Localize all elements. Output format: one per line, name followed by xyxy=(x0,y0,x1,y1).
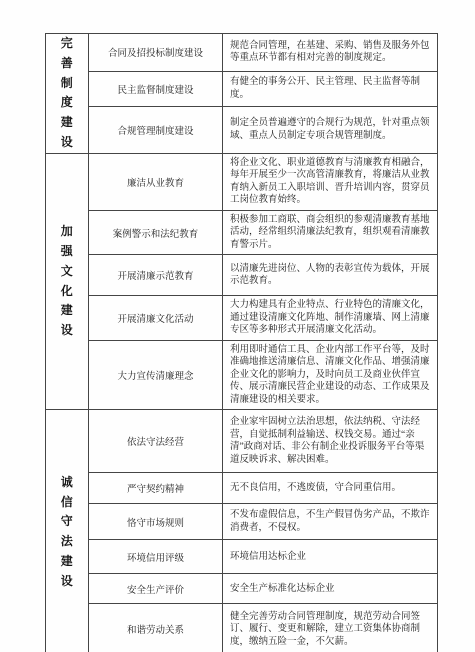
table-row: 完善制度建设 合同及招投标制度建设 规范合同管理，在基建、采购、销售及服务外包等… xyxy=(46,34,438,72)
table-row: 安全生产评价 安全生产标准化达标企业 xyxy=(46,574,438,604)
table-row: 环境信用评级 环境信用达标企业 xyxy=(46,540,438,574)
table-row: 案例警示和法纪教育 积极参加工商联、商会组织的参观清廉教育基地活动，经常组织清廉… xyxy=(46,210,438,255)
table-row: 和谐劳动关系 健全完善劳动合同管理制度，规范劳动合同签订、履行、变更和解除，建立… xyxy=(46,604,438,652)
category-cell-institution: 完善制度建设 xyxy=(46,34,89,154)
category-label: 加强文化建设 xyxy=(55,222,79,341)
item-cell: 合同及招投标制度建设 xyxy=(89,34,223,72)
item-cell: 案例警示和法纪教育 xyxy=(89,210,223,255)
item-cell: 环境信用评级 xyxy=(89,540,223,574)
description-cell: 规范合同管理，在基建、采购、销售及服务外包等重点环节都有相对完善的制度规定。 xyxy=(223,34,438,72)
item-cell: 恪守市场规则 xyxy=(89,504,223,540)
item-cell: 民主监督制度建设 xyxy=(89,71,223,106)
description-cell: 将企业文化、职业道德教育与清廉教育相融合，每年开展至少一次高管清廉教育，将廉洁从… xyxy=(223,153,438,210)
table-row: 开展清廉文化活动 大力构建具有企业特点、行业特色的清廉文化，通过建设清廉文化阵地… xyxy=(46,296,438,341)
description-cell: 环境信用达标企业 xyxy=(223,540,438,574)
category-cell-culture: 加强文化建设 xyxy=(46,153,89,410)
description-cell: 无不良信用，不逃废债，守合同重信用。 xyxy=(223,473,438,504)
table-row: 加强文化建设 廉洁从业教育 将企业文化、职业道德教育与清廉教育相融合，每年开展至… xyxy=(46,153,438,210)
item-cell: 严守契约精神 xyxy=(89,473,223,504)
description-cell: 以清廉先进岗位、人物的表彰宣传为载体，开展示范教育。 xyxy=(223,255,438,296)
document-page: 完善制度建设 合同及招投标制度建设 规范合同管理，在基建、采购、销售及服务外包等… xyxy=(0,0,475,652)
description-cell: 健全完善劳动合同管理制度，规范劳动合同签订、履行、变更和解除，建立工资集体协商制… xyxy=(223,604,438,652)
item-cell: 安全生产评价 xyxy=(89,574,223,604)
table-row: 民主监督制度建设 有健全的事务公开、民主管理、民主监督等制度。 xyxy=(46,71,438,106)
item-cell: 廉洁从业教育 xyxy=(89,153,223,210)
description-cell: 利用即时通信工具、企业内部工作平台等，及时准确地推送清廉信息、清廉文化作品、增强… xyxy=(223,340,438,410)
description-cell: 不发布虚假信息，不生产假冒伪劣产品，不欺诈消费者，不侵权。 xyxy=(223,504,438,540)
description-cell: 大力构建具有企业特点、行业特色的清廉文化，通过建设清廉文化阵地、制作清廉墙、网上… xyxy=(223,296,438,341)
item-cell: 开展清廉示范教育 xyxy=(89,255,223,296)
item-cell: 合规管理制度建设 xyxy=(89,106,223,153)
category-label: 诚信守法建设 xyxy=(55,473,79,592)
description-cell: 积极参加工商联、商会组织的参观清廉教育基地活动，经常组织清廉法纪教育，组织观看清… xyxy=(223,210,438,255)
description-cell: 企业家牢固树立法治思想，依法纳税、守法经营，自觉抵制利益输送、权钱交易。通过“亲… xyxy=(223,410,438,473)
category-cell-integrity: 诚信守法建设 xyxy=(46,410,89,652)
table-row: 开展清廉示范教育 以清廉先进岗位、人物的表彰宣传为载体，开展示范教育。 xyxy=(46,255,438,296)
category-label: 完善制度建设 xyxy=(55,34,79,153)
assessment-table: 完善制度建设 合同及招投标制度建设 规范合同管理，在基建、采购、销售及服务外包等… xyxy=(45,33,438,652)
table-row: 严守契约精神 无不良信用，不逃废债，守合同重信用。 xyxy=(46,473,438,504)
table-row: 诚信守法建设 依法守法经营 企业家牢固树立法治思想，依法纳税、守法经营，自觉抵制… xyxy=(46,410,438,473)
table-row: 大力宣传清廉理念 利用即时通信工具、企业内部工作平台等，及时准确地推送清廉信息、… xyxy=(46,340,438,410)
item-cell: 和谐劳动关系 xyxy=(89,604,223,652)
description-cell: 安全生产标准化达标企业 xyxy=(223,574,438,604)
item-cell: 大力宣传清廉理念 xyxy=(89,340,223,410)
table-row: 恪守市场规则 不发布虚假信息，不生产假冒伪劣产品，不欺诈消费者，不侵权。 xyxy=(46,504,438,540)
item-cell: 开展清廉文化活动 xyxy=(89,296,223,341)
description-cell: 制定全员普遍遵守的合规行为规范，针对重点领域、重点人员制定专项合规管理制度。 xyxy=(223,106,438,153)
table-row: 合规管理制度建设 制定全员普遍遵守的合规行为规范，针对重点领域、重点人员制定专项… xyxy=(46,106,438,153)
item-cell: 依法守法经营 xyxy=(89,410,223,473)
description-cell: 有健全的事务公开、民主管理、民主监督等制度。 xyxy=(223,71,438,106)
